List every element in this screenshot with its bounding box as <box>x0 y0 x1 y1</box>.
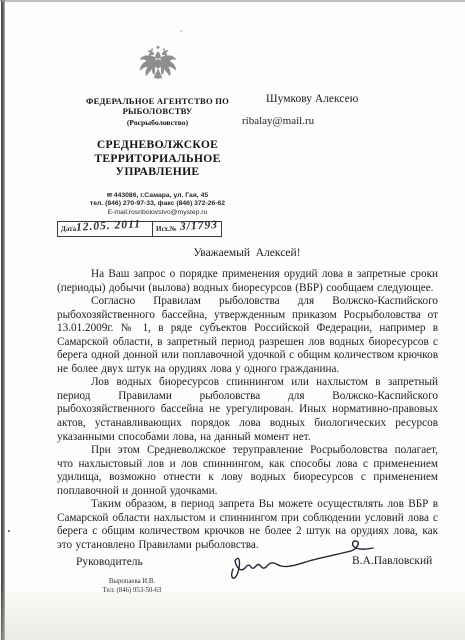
body-paragraph: При этом Средневолжское теруправление Ро… <box>57 444 438 498</box>
body-paragraph: На Ваш запрос о порядке применения оруди… <box>57 268 438 295</box>
agency-name-line1: ФЕДЕРАЛЬНОЕ АГЕНТСТВО ПО <box>60 96 255 106</box>
letterhead-phone-fax: тел. (846) 270-97-33, факс (846) 372-26-… <box>60 200 255 209</box>
reference-number-cell: Исх.№ 3/1793 <box>153 222 221 236</box>
org-name-line1: СРЕДНЕВОЛЖСКОЕ <box>60 138 255 152</box>
executor-name: Выропаева И.В. <box>96 577 168 586</box>
agency-name-line2: РЫБОЛОВСТВУ <box>60 106 255 116</box>
signatory-position: Руководитель <box>76 556 143 568</box>
scan-shade-bottom <box>0 585 465 640</box>
handwritten-outgoing-number: 3/1793 <box>180 219 219 233</box>
body-paragraph: Согласно Правилам рыболовства для Волжск… <box>57 295 438 376</box>
org-name-line2: ТЕРРИТОРИАЛЬНОЕ <box>60 152 255 166</box>
agency-short-name: (Росрыболовство) <box>60 118 255 127</box>
scan-speck <box>180 30 183 32</box>
letterhead: ФЕДЕРАЛЬНОЕ АГЕНТСТВО ПО РЫБОЛОВСТВУ (Ро… <box>60 42 255 217</box>
org-name-line3: УПРАВЛЕНИЕ <box>60 165 255 179</box>
letterhead-contacts: ✉ 443086, г.Самара, ул. Гая, 45 тел. (84… <box>60 192 255 218</box>
handwritten-date: 12.05. 2011 <box>76 218 142 233</box>
executor-phone: Тел: (846) 953-50-63 <box>96 586 168 595</box>
date-label: Дата <box>61 225 76 233</box>
outgoing-number-label: Исх.№ <box>156 225 177 233</box>
reference-date-cell: Дата 12.05. 2011 <box>58 222 153 236</box>
scan-edge-left <box>1 0 5 640</box>
letter-body: На Ваш запрос о порядке применения оруди… <box>57 268 438 552</box>
recipient-email: ribalay@mail.ru <box>242 115 314 127</box>
recipient-name: Шумкову Алексею <box>266 93 358 105</box>
salutation: Уважаемый Алексей! <box>57 247 437 259</box>
body-paragraph: Лов водных биоресурсов спиннингом или на… <box>57 376 438 444</box>
scan-speck <box>8 530 10 532</box>
letterhead-email: E-mail:rosribolovstvo@mystep.ru <box>60 209 255 218</box>
coat-of-arms-eagle-icon <box>137 42 179 93</box>
letterhead-address: 443086, г.Самара, ул. Гая, 45 <box>114 192 208 199</box>
scan-edge-top <box>0 0 465 2</box>
signatory-name: В.А.Павловский <box>352 555 432 567</box>
scanned-letter-page: ФЕДЕРАЛЬНОЕ АГЕНТСТВО ПО РЫБОЛОВСТВУ (Ро… <box>0 0 465 640</box>
reference-box: Дата 12.05. 2011 Исх.№ 3/1793 <box>57 221 222 237</box>
postal-envelope-icon: ✉ <box>107 193 112 199</box>
executor-block: Выропаева И.В. Тел: (846) 953-50-63 <box>96 577 168 595</box>
